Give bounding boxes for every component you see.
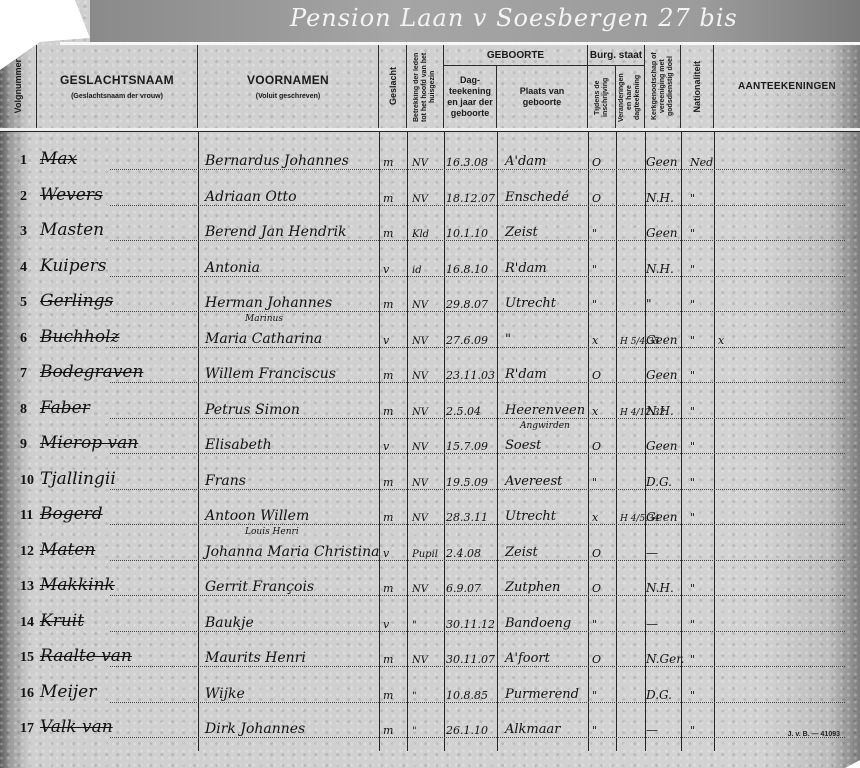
surname: Maten [40, 540, 95, 560]
table-row: 15 Raalte van Maurits Henri m NV 30.11.0… [0, 637, 845, 673]
header-betrekking-label: Betrekking der leden tot het hoofd van h… [413, 52, 437, 122]
relation: " [412, 691, 417, 702]
table-row: 1 Max Bernardus Johannes m NV 16.3.08 A'… [0, 140, 845, 176]
surname: Bogerd [40, 504, 103, 524]
nationality: Ned [690, 156, 713, 169]
sex: m [383, 192, 393, 205]
birth-place: Zeist [505, 225, 538, 240]
given-names: Petrus Simon [205, 402, 300, 418]
sex: v [383, 440, 389, 453]
relation: NV [412, 442, 428, 453]
table-row: 3 Masten Berend Jan Hendrik m Kld 10.1.1… [0, 211, 845, 247]
nationality: " [690, 192, 695, 205]
row-number: 10 [20, 473, 34, 489]
relation: NV [412, 407, 428, 418]
relation: " [412, 726, 417, 737]
civil-status: O [592, 653, 601, 666]
table-row: 8 Faber Petrus Simon m NV 2.5.04 Heerenv… [0, 389, 845, 425]
religion: Geen [646, 333, 678, 347]
birth-date: 16.8.10 [446, 263, 488, 276]
birth-date: 6.9.07 [446, 582, 481, 595]
row-number: 1 [20, 153, 27, 169]
relation: NV [412, 478, 428, 489]
given-names: Frans [205, 473, 246, 489]
relation: NV [412, 300, 428, 311]
religion: Geen [646, 510, 678, 524]
nationality: " [690, 653, 695, 666]
religion: D.G. [646, 475, 672, 489]
given-names: Elisabeth [205, 437, 272, 453]
civil-status: " [592, 689, 597, 702]
civil-status: O [592, 156, 601, 169]
nationality: " [690, 440, 695, 453]
birth-date: 23.11.03 [446, 369, 495, 382]
relation: NV [412, 371, 428, 382]
header-kerkgenootschap: Kerkgenootschap of vereeniging met godsd… [645, 45, 681, 128]
header-divider [0, 128, 860, 132]
table-row: 10 Tjallingii Frans m NV 19.5.09 Averees… [0, 460, 845, 496]
relation: NV [412, 158, 428, 169]
relation: NV [412, 336, 428, 347]
civil-status: O [592, 440, 601, 453]
birth-date: 15.7.09 [446, 440, 488, 453]
header-betrekking: Betrekking der leden tot het hoofd van h… [407, 45, 444, 128]
birth-place: Zeist [505, 545, 538, 560]
row-number: 12 [20, 544, 34, 560]
surname: Bodegraven [40, 362, 143, 382]
religion: N.H. [646, 262, 674, 276]
header-dagteekening: Dag- teekening en jaar der geboorte [444, 66, 497, 128]
birth-date: 30.11.07 [446, 653, 495, 666]
header-tijdens: Tijdens de inschrijving [588, 66, 616, 128]
table-row: 13 Makkink Gerrit François m NV 6.9.07 Z… [0, 566, 845, 602]
header-kerkgenootschap-label: Kerkgenootschap of vereeniging met godsd… [651, 49, 675, 124]
row-rule [110, 631, 845, 632]
row-rule [110, 382, 845, 383]
civil-status: " [592, 724, 597, 737]
birth-date: 30.11.12 [446, 618, 495, 631]
header-volgnummer: Volgnummer [0, 45, 37, 128]
birth-date: 2.4.08 [446, 547, 481, 560]
table-row: 12 Maten Johanna Maria Christina v Pupil… [0, 531, 845, 567]
birth-place: Purmerend [505, 687, 579, 702]
surname: Buchholz [40, 327, 120, 347]
relation: id [412, 265, 422, 276]
header-geboorte: GEBOORTE [444, 45, 588, 66]
nationality: " [690, 298, 695, 311]
given-names: Maurits Henri [205, 650, 306, 666]
birth-place: Bandoeng [505, 616, 571, 631]
table-row: 5 Gerlings Herman Johannes Marinus m NV … [0, 282, 845, 318]
surname: Gerlings [40, 291, 113, 311]
religion: Geen [646, 155, 678, 169]
religion: — [646, 617, 658, 631]
form-code: J. v. B. — 41093 [788, 731, 840, 738]
birth-date: 16.3.08 [446, 156, 488, 169]
table-row: 11 Bogerd Antoon Willem Louis Henri m NV… [0, 495, 845, 531]
header-plaats: Plaats van geboorte [497, 66, 588, 128]
row-rule [110, 347, 845, 348]
sex: m [383, 298, 393, 311]
civil-status: " [592, 227, 597, 240]
row-rule [110, 666, 845, 667]
given-names: Wijke [205, 686, 245, 702]
row-number: 7 [20, 366, 27, 382]
birth-date: 28.3.11 [446, 511, 488, 524]
birth-place: Zutphen [505, 580, 560, 595]
given-names: Herman Johannes [205, 295, 332, 311]
header-dagteekening-label: Dag- teekening en jaar der geboorte [444, 75, 496, 119]
nationality: " [690, 334, 695, 347]
civil-status: " [592, 263, 597, 276]
header-voornamen-label: VOORNAMEN [247, 73, 329, 87]
sex: m [383, 227, 393, 240]
religion: N.H. [646, 581, 674, 595]
row-number: 13 [20, 579, 34, 595]
sex: m [383, 511, 393, 524]
relation: NV [412, 194, 428, 205]
religion: Geen [646, 368, 678, 382]
surname: Max [40, 149, 77, 169]
sex: v [383, 547, 389, 560]
religion: N.Ger. [646, 652, 684, 666]
notes: x [718, 334, 724, 347]
given-names: Maria Catharina [205, 331, 322, 347]
birth-place: Utrecht [505, 296, 556, 311]
row-number: 2 [20, 189, 27, 205]
row-rule [110, 453, 845, 454]
sex: m [383, 724, 393, 737]
page-title: Pension Laan v Soesbergen 27 bis [290, 4, 738, 32]
surname: Kuipers [40, 256, 107, 276]
civil-status: " [592, 298, 597, 311]
birth-place: Enschedé [505, 190, 569, 205]
surname: Mierop van [40, 433, 138, 453]
header-burg-staat: Burg. staat [588, 45, 645, 66]
row-rule [110, 737, 845, 738]
row-rule [110, 560, 845, 561]
nationality: " [690, 689, 695, 702]
header-tijdens-label: Tijdens de inschrijving [594, 70, 610, 125]
birth-place: Heerenveen [505, 403, 585, 418]
birth-place: A'dam [505, 154, 546, 169]
nationality: " [690, 227, 695, 240]
surname: Raalte van [40, 646, 132, 666]
row-number: 6 [20, 331, 27, 347]
relation: " [412, 620, 417, 631]
table-row: 14 Kruit Baukje v " 30.11.12 Bandoeng " … [0, 602, 845, 638]
surname: Meijer [40, 682, 96, 702]
birth-date: 2.5.04 [446, 405, 481, 418]
header-geslacht-label: Geslacht [389, 67, 397, 105]
row-rule [110, 169, 845, 170]
sex: m [383, 582, 393, 595]
header-geslachtsnaam-sublabel: (Geslachtsnaam der vrouw) [71, 93, 163, 100]
sex: v [383, 263, 389, 276]
religion: D.G. [646, 688, 672, 702]
sex: m [383, 476, 393, 489]
row-rule [110, 524, 845, 525]
birth-place: " [505, 332, 511, 347]
header-geslachtsnaam-label: GESLACHTSNAAM [60, 73, 174, 87]
relation: NV [412, 513, 428, 524]
given-names: Adriaan Otto [205, 189, 297, 205]
religion: — [646, 723, 658, 737]
table-row: 6 Buchholz Maria Catharina v NV 27.6.09 … [0, 318, 845, 354]
religion: Geen [646, 439, 678, 453]
register-sheet: Pension Laan v Soesbergen 27 bis Volgnum… [0, 0, 860, 768]
header-volgnummer-label: Volgnummer [14, 59, 22, 113]
nationality: " [690, 263, 695, 276]
header-nationaliteit: Nationaliteit [681, 45, 714, 128]
birth-date: 18.12.07 [446, 192, 495, 205]
relation: NV [412, 655, 428, 666]
birth-place: Avereest [505, 474, 562, 489]
row-rule [110, 205, 845, 206]
given-names: Antonia [205, 260, 260, 276]
sex: m [383, 405, 393, 418]
header-aanteekeningen-label: AANTEEKENINGEN [738, 81, 836, 92]
row-rule [110, 311, 845, 312]
sex: m [383, 369, 393, 382]
given-names: Gerrit François [205, 579, 314, 595]
given-names: Johanna Maria Christina [205, 544, 379, 560]
birth-place: R'dam [505, 261, 547, 276]
nationality: " [690, 405, 695, 418]
birth-date: 10.8.85 [446, 689, 488, 702]
row-number: 4 [20, 260, 27, 276]
civil-status: x [592, 405, 598, 418]
title-band: Pension Laan v Soesbergen 27 bis [90, 0, 860, 42]
row-rule [110, 276, 845, 277]
table-row: 9 Mierop van Elisabeth v NV 15.7.09 Soes… [0, 424, 845, 460]
row-number: 8 [20, 402, 27, 418]
row-rule [110, 489, 845, 490]
header-geslachtsnaam: GESLACHTSNAAM (Geslachtsnaam der vrouw) [37, 45, 198, 128]
table-row: 2 Wevers Adriaan Otto m NV 18.12.07 Ensc… [0, 176, 845, 212]
nationality: " [690, 724, 695, 737]
row-rule [110, 595, 845, 596]
birth-place: Utrecht [505, 509, 556, 524]
birth-date: 29.8.07 [446, 298, 488, 311]
given-names: Willem Franciscus [205, 366, 336, 382]
header-voornamen: VOORNAMEN (Voluit geschreven) [198, 45, 379, 128]
surname: Tjallingii [40, 469, 116, 489]
civil-status: " [592, 476, 597, 489]
header-veranderingen: Veranderingen en hare dagteekening [616, 66, 645, 128]
row-number: 14 [20, 615, 34, 631]
civil-status: O [592, 582, 601, 595]
relation: Pupil [412, 549, 438, 560]
civil-status: O [592, 369, 601, 382]
religion: Geen [646, 226, 678, 240]
civil-status: x [592, 334, 598, 347]
row-number: 11 [20, 508, 33, 524]
religion: N.H. [646, 404, 674, 418]
row-rule [110, 702, 845, 703]
birth-date: 27.6.09 [446, 334, 488, 347]
religion: N.H. [646, 191, 674, 205]
row-rule [110, 240, 845, 241]
religion: — [646, 546, 658, 560]
birth-date: 10.1.10 [446, 227, 488, 240]
given-names: Berend Jan Hendrik [205, 224, 347, 240]
birth-place: A'foort [505, 651, 550, 666]
row-rule [110, 418, 845, 419]
table-row: 7 Bodegraven Willem Franciscus m NV 23.1… [0, 353, 845, 389]
header-veranderingen-label: Veranderingen en hare dagteekening [618, 70, 642, 125]
civil-status: x [592, 511, 598, 524]
nationality: " [690, 582, 695, 595]
header-voornamen-sublabel: (Voluit geschreven) [256, 93, 320, 100]
relation: Kld [412, 229, 429, 240]
birth-place: Alkmaar [505, 722, 560, 737]
nationality: " [690, 476, 695, 489]
birth-place: Soest [505, 438, 541, 453]
table-row: 16 Meijer Wijke m " 10.8.85 Purmerend " … [0, 673, 845, 709]
surname: Wevers [40, 185, 103, 205]
given-names: Baukje [205, 615, 254, 631]
surname: Masten [40, 220, 104, 240]
civil-status: " [592, 618, 597, 631]
surname: Faber [40, 398, 90, 418]
surname: Kruit [40, 611, 84, 631]
sex: v [383, 334, 389, 347]
birth-place: R'dam [505, 367, 547, 382]
header-plaats-label: Plaats van geboorte [512, 86, 572, 108]
given-names: Bernardus Johannes [205, 153, 349, 169]
sex: m [383, 689, 393, 702]
row-number: 15 [20, 650, 34, 666]
given-names: Antoon Willem [205, 508, 309, 524]
row-number: 3 [20, 224, 27, 240]
row-number: 5 [20, 295, 27, 311]
header-geslacht: Geslacht [379, 45, 407, 128]
religion: " [646, 297, 652, 311]
sex: v [383, 618, 389, 631]
surname: Makkink [40, 575, 115, 595]
nationality: " [690, 369, 695, 382]
header-aanteekeningen: AANTEEKENINGEN [714, 45, 860, 128]
birth-date: 19.5.09 [446, 476, 488, 489]
surname: Valk van [40, 717, 113, 737]
sex: m [383, 653, 393, 666]
birth-date: 26.1.10 [446, 724, 488, 737]
given-names: Dirk Johannes [205, 721, 305, 737]
nationality: " [690, 511, 695, 524]
row-number: 16 [20, 686, 34, 702]
header-nationaliteit-label: Nationaliteit [693, 61, 701, 113]
table-row: 17 Valk van Dirk Johannes m " 26.1.10 Al… [0, 708, 845, 744]
row-number: 9 [20, 437, 27, 453]
relation: NV [412, 584, 428, 595]
sex: m [383, 156, 393, 169]
nationality: " [690, 618, 695, 631]
row-number: 17 [20, 721, 34, 737]
table-row: 4 Kuipers Antonia v id 16.8.10 R'dam " N… [0, 247, 845, 283]
civil-status: O [592, 547, 601, 560]
civil-status: O [592, 192, 601, 205]
